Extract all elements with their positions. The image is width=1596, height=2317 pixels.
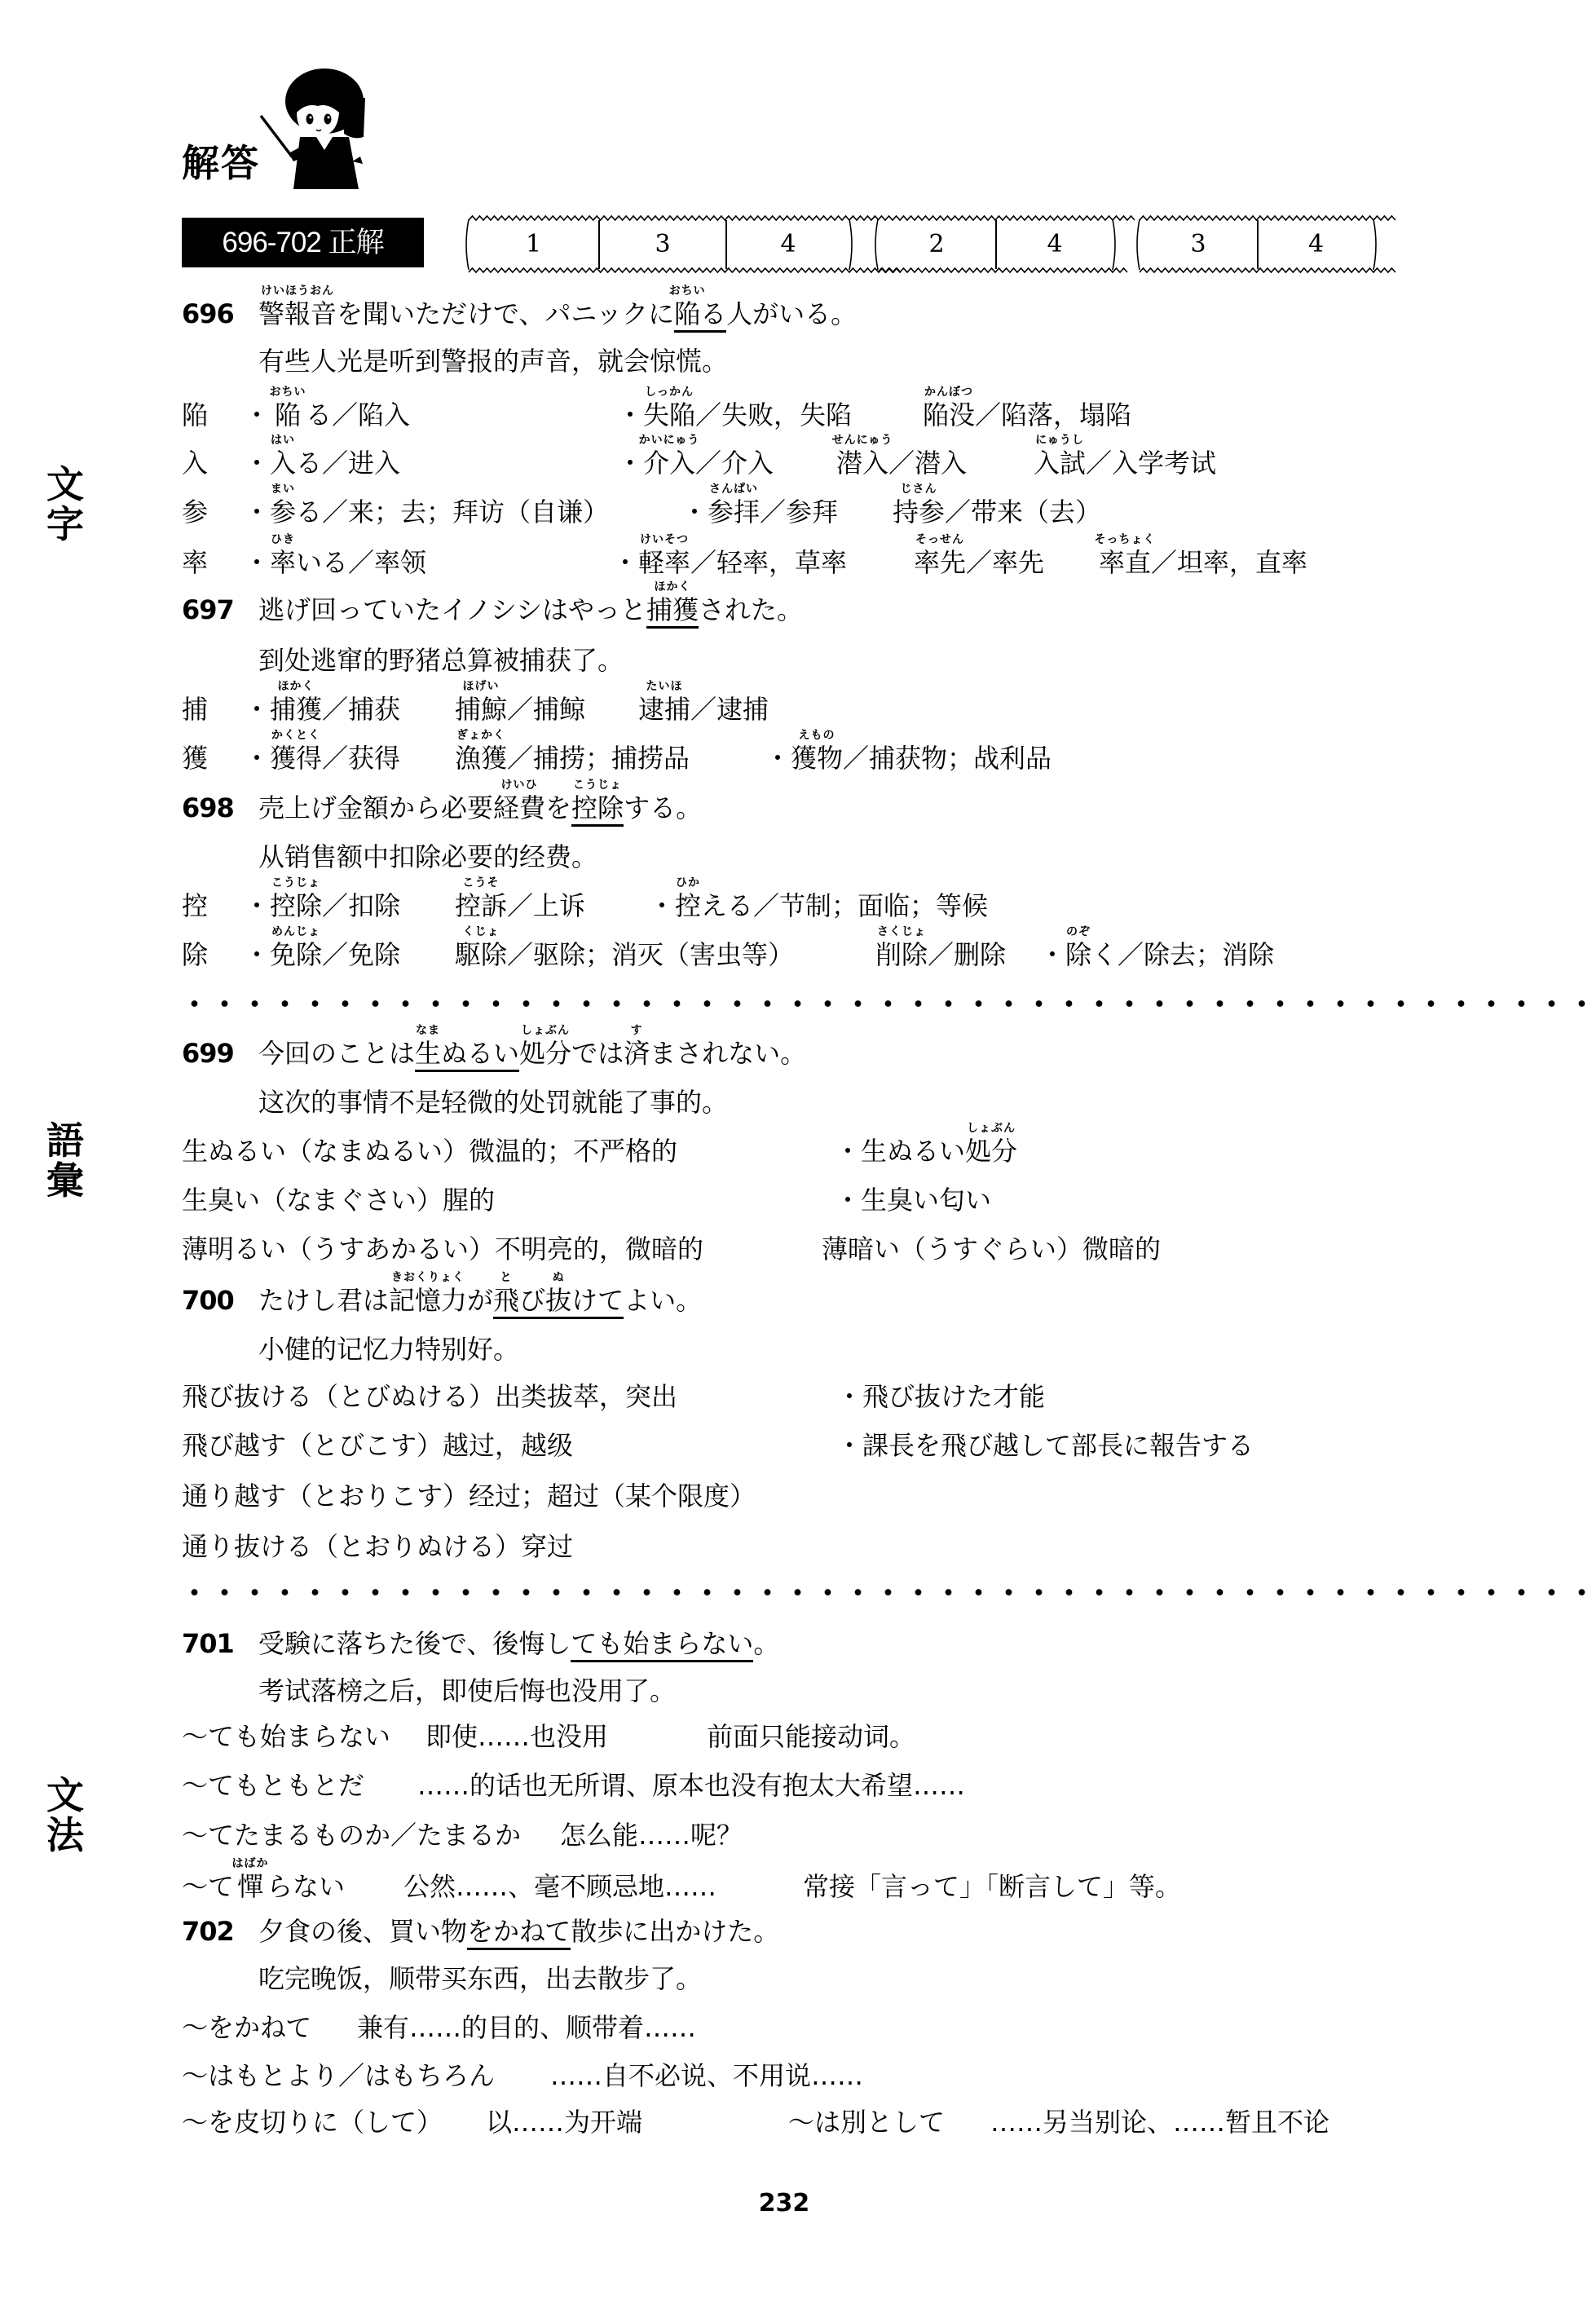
furigana: けいほうおん [261, 285, 334, 298]
sentence-text: けて [571, 1285, 624, 1316]
kanji-label: 捕 [182, 685, 208, 734]
example-sentence: たけし君はきおくりょく記憶力がと飛びぬ抜けてよい。 [258, 1276, 702, 1325]
ruby-base: 軽率 [638, 547, 690, 578]
ruby-base: 捕獲 [646, 594, 699, 625]
ruby-word: ほかく捕獲 [270, 685, 322, 734]
gloss: ／陷落，塌陷 [975, 399, 1131, 430]
ruby-base: 捕鯨 [455, 694, 507, 725]
furigana: じさん [901, 483, 937, 496]
furigana: けいひ [501, 779, 538, 792]
ruby-base: 参拝 [708, 496, 760, 527]
furigana: ひき [271, 533, 295, 546]
furigana: かくとく [271, 729, 320, 742]
kanji-row: 獲 ・かくとく獲得／获得 ぎょかく漁獲／捕捞；捕捞品 ・えもの獲物／捕获物；战利… [0, 734, 1596, 783]
vocab-item: かんぼつ陥没／陷落，塌陷 [923, 391, 1131, 439]
gloss: く／除去；消除 [1091, 939, 1274, 970]
furigana: のぞ [1066, 925, 1091, 938]
bullet: ・ [244, 547, 270, 578]
ruby-base: 率 [270, 547, 296, 578]
bullet: ・ [649, 890, 675, 921]
sentence-text: 夕食の後、買い物 [258, 1916, 467, 1947]
furigana: す [631, 1024, 643, 1037]
kanji-label: 入 [182, 439, 208, 488]
sentence-text: では [571, 1038, 624, 1069]
furigana: さくじょ [877, 925, 926, 938]
question-702-translation: 吃完晚饭，顺带买东西，出去散步了。 [0, 1954, 1596, 2003]
bullet: ・ [244, 448, 270, 479]
grammar-pattern: ～てはばか憚らない [182, 1862, 345, 1911]
gloss: える／节制；面临；等候 [701, 890, 988, 921]
answer-cell-698: 4 [725, 220, 849, 269]
gloss: ／轻率，草率 [690, 547, 847, 578]
vocab-definition: 薄暗い（うすぐらい）微暗的 [822, 1225, 1161, 1273]
furigana: そっせん [915, 533, 964, 546]
ruby-word: ひか控 [675, 881, 701, 930]
gloss: ／逮捕 [690, 694, 769, 725]
bullet: ・ [681, 496, 708, 527]
vocab-row: 通り抜ける（とおりぬける）穿过 [0, 1522, 1596, 1571]
vocab-item: ・こうじょ控除／扣除 [244, 881, 400, 930]
gloss: る／来；去；拜访（自谦） [296, 496, 609, 527]
ruby-word: さくじょ削除 [875, 930, 928, 979]
vocab-item: そっちょく率直／坦率，直率 [1099, 538, 1307, 587]
question-697-sentence: 697 逃げ回っていたイノシシはやっとほかく捕獲された。 [0, 585, 1596, 634]
grammar-row: ～をかねて 兼有……的目的、顺带着…… [0, 2003, 1596, 2052]
example-sentence: 受験に落ちた後で、後悔しても始まらない。 [258, 1619, 779, 1668]
vocab-definition: 通り抜ける（とおりぬける）穿过 [182, 1522, 573, 1571]
ruby-word: にゅうし入試 [1034, 439, 1086, 488]
sentence-text: を [545, 792, 571, 823]
sentence-text: たけし君は [258, 1285, 389, 1316]
furigana: まい [271, 483, 295, 496]
furigana: はばか [232, 1857, 269, 1870]
grammar-row: ～はもとより／はもちろん ……自不必说、不用说…… [0, 2051, 1596, 2100]
ruby-base: 陥 [674, 298, 700, 329]
vocab-definition: 飛び抜ける（とびぬける）出类拔萃，突出 [182, 1372, 677, 1421]
gloss: いる／率领 [296, 547, 426, 578]
gloss: ／驱除；消灭（害虫等） [507, 939, 794, 970]
grammar-row: ～てはばか憚らない 公然……、毫不顾忌地…… 常接「言って」「断言して」等。 [0, 1862, 1596, 1911]
kanji-label: 陥 [182, 391, 208, 439]
sentence-text: る [700, 298, 726, 329]
grammar-note: 前面只能接动词。 [707, 1712, 915, 1761]
furigana: けいそつ [640, 533, 689, 546]
grammar-meaning: 公然……、毫不顾忌地…… [403, 1862, 716, 1911]
vocab-item: さくじょ削除／删除 [875, 930, 1006, 979]
bullet: ・ [244, 496, 270, 527]
gloss: ／率先 [966, 547, 1044, 578]
vocab-item: じさん持参／带来（去） [893, 488, 1101, 536]
ruby-word: こうじょ控除 [270, 881, 322, 930]
answer-cell-699: 2 [878, 220, 995, 269]
vocab-item: ・はい入る／进入 [244, 439, 400, 488]
ruby-base: 警報音 [258, 298, 337, 329]
ruby-word: す済 [624, 1029, 650, 1078]
gloss: ／获得 [322, 743, 400, 774]
gloss: ／介入 [695, 448, 774, 479]
answer-cell-700: 4 [995, 220, 1113, 269]
ruby-base: 駆除 [455, 939, 507, 970]
bullet: ・ [244, 890, 270, 921]
wavy-border-left [873, 218, 880, 271]
gloss: ／扣除 [322, 890, 400, 921]
kanji-row: 控 ・こうじょ控除／扣除 こうそ控訴／上诉 ・ひか控える／节制；面临；等候 [0, 881, 1596, 930]
answer-cell-697: 3 [598, 220, 725, 269]
furigana: かんぼつ [924, 386, 973, 399]
ruby-base: 憚 [237, 1871, 263, 1902]
vocab-item: ・まい参る／来；去；拜访（自谦） [244, 488, 609, 536]
example-text: ・生ぬるい [835, 1136, 965, 1167]
question-702-sentence: 702 夕食の後、買い物をかねて散歩に出かけた。 [0, 1907, 1596, 1956]
gloss: ／捕鲸 [507, 694, 585, 725]
furigana: にゅうし [1035, 434, 1084, 447]
example-sentence: 逃げ回っていたイノシシはやっとほかく捕獲された。 [258, 585, 803, 634]
ruby-base: 漁獲 [455, 743, 507, 774]
sentence-text: 逃げ回っていたイノシシはやっと [258, 594, 646, 625]
bullet: ・ [617, 448, 643, 479]
vocab-item: こうそ控訴／上诉 [455, 881, 585, 930]
ruby-word: おちい陥 [275, 391, 301, 439]
furigana: ほかく [655, 580, 691, 594]
gloss: ／入学考试 [1086, 448, 1216, 479]
ruby-word: かんぼつ陥没 [923, 391, 975, 439]
ruby-base: 逮捕 [638, 694, 690, 725]
bullet: ・ [244, 939, 270, 970]
ruby-word: なま生 [415, 1029, 441, 1078]
ruby-base: 入 [270, 448, 296, 479]
vocab-item: ぎょかく漁獲／捕捞；捕捞品 [455, 734, 690, 783]
answer-group-2: 2 4 [878, 220, 1113, 269]
sentence-text: まされない。 [650, 1038, 806, 1069]
wavy-border-bottom [1140, 267, 1373, 274]
ruby-base: 済 [624, 1038, 650, 1069]
wavy-border-left [1135, 218, 1141, 271]
gloss: ／潜入 [888, 448, 967, 479]
question-697-translation: 到处逃窜的野猪总算被捕获了。 [0, 636, 1596, 685]
ruby-word: はい入 [270, 439, 296, 488]
wavy-border-left [464, 218, 470, 271]
gloss: ／删除 [928, 939, 1006, 970]
vocab-item: にゅうし入試／入学考试 [1034, 439, 1216, 488]
answer-underline: ても始まらない [571, 1628, 753, 1662]
ruby-base: 経費 [493, 792, 545, 823]
ruby-base: 控訴 [455, 890, 507, 921]
translation: 有些人光是听到警报的声音，就会惊慌。 [258, 337, 728, 386]
vocab-item: ・ひき率いる／率领 [244, 538, 426, 587]
grammar-row: ～てたまるものか／たまるか 怎么能……呢？ [0, 1811, 1596, 1860]
vocab-item: ・おちい陥る／陷入 [244, 391, 410, 439]
ruby-base: 獲得 [270, 743, 322, 774]
furigana: こうそ [463, 876, 500, 889]
sentence-text: 。 [753, 1628, 779, 1659]
vocab-item: くじょ駆除／驱除；消灭（害虫等） [455, 930, 794, 979]
gloss: ／失败，失陷 [695, 399, 852, 430]
ruby-base: 参 [270, 496, 296, 527]
ruby-word: しょぶん処分 [965, 1127, 1017, 1176]
grammar-pattern: ～はもとより／はもちろん [182, 2051, 495, 2100]
grammar-pattern: ～をかねて [182, 2003, 311, 2052]
example-sentence: 今回のことはなま生ぬるいしょぶん処分ではす済まされない。 [258, 1029, 806, 1078]
vocab-item: ほげい捕鯨／捕鲸 [455, 685, 585, 734]
furigana: かいにゅう [639, 434, 700, 447]
answer-cell-701: 3 [1140, 220, 1257, 269]
question-number: 701 [182, 1619, 234, 1668]
furigana: せんにゅう [832, 434, 893, 447]
furigana: と [500, 1271, 513, 1284]
kanji-row: 捕 ・ほかく捕獲／捕获 ほげい捕鯨／捕鲸 たいほ逮捕／逮捕 [0, 685, 1596, 734]
grammar-pattern: ～を皮切りに（して） [182, 2098, 443, 2147]
vocab-item: ・ほかく捕獲／捕获 [244, 685, 400, 734]
pattern-text: ～て [182, 1871, 234, 1902]
ruby-base: 潜入 [836, 448, 888, 479]
ruby-base: 陥没 [923, 399, 975, 430]
ruby-word: ほげい捕鯨 [455, 685, 507, 734]
vocab-item: ・のぞ除く／除去；消除 [1039, 930, 1274, 979]
ruby-word: と飛 [493, 1276, 519, 1325]
translation: 考试落榜之后，即使后悔也没用了。 [258, 1666, 676, 1715]
pattern-text: らない [267, 1871, 345, 1902]
question-698-translation: 从销售额中扣除必要的经费。 [0, 832, 1596, 881]
answer-group-3: 3 4 [1140, 220, 1373, 269]
answer-group-1: 1 3 4 [469, 220, 849, 269]
bullet: ・ [617, 399, 643, 430]
furigana: しょぶん [521, 1024, 570, 1037]
ruby-word: こうそ控訴 [455, 881, 507, 930]
vocab-item: ・えもの獲物／捕获物；战利品 [765, 734, 1052, 783]
sentence-text: ぬるい [441, 1038, 519, 1069]
gloss: ／捕获物；战利品 [843, 743, 1052, 774]
vocab-row: 生ぬるい（なまぬるい）微温的；不严格的 ・生ぬるいしょぶん処分 [0, 1127, 1596, 1176]
furigana: ほげい [463, 680, 500, 693]
ruby-word: こうじょ控除 [571, 783, 624, 832]
furigana: おちい [669, 285, 706, 298]
ruby-word: まい参 [270, 488, 296, 536]
ruby-word: しっかん失陥 [643, 391, 695, 439]
sentence-text: 受験に落ちた後で、後悔し [258, 1628, 571, 1659]
vocab-item: ・ひか控える／节制；面临；等候 [649, 881, 988, 930]
question-number: 700 [182, 1276, 234, 1325]
furigana: えもの [799, 729, 835, 742]
ruby-base: 除 [1065, 939, 1091, 970]
grammar-row: ～てもともとだ ……的话也无所谓、原本也没有抱太大希望…… [0, 1761, 1596, 1810]
kanji-row: 入 ・はい入る／进入 ・かいにゅう介入／介入 せんにゅう潜入／潜入 にゅうし入試… [0, 439, 1596, 488]
vocab-definition: 薄明るい（うすあかるい）不明亮的，微暗的 [182, 1225, 703, 1273]
kanji-row: 参 ・まい参る／来；去；拜访（自谦） ・さんぱい参拝／参拜 じさん持参／带来（去… [0, 488, 1596, 536]
ruby-word: えもの獲物 [791, 734, 843, 783]
page-title: 解答 [182, 142, 260, 184]
answer-underline: をかねて [467, 1916, 571, 1950]
sentence-text: び [519, 1285, 545, 1316]
ruby-word: たいほ逮捕 [638, 685, 690, 734]
section-divider-dots [179, 1000, 1596, 1008]
page-number: 232 [743, 2187, 825, 2220]
answer-underline: と飛びぬ抜けて [493, 1285, 624, 1319]
vocab-item: ・かいにゅう介入／介入 [617, 439, 774, 488]
ruby-base: 陥 [275, 399, 301, 430]
furigana: ぬ [553, 1271, 565, 1284]
bullet: ・ [1039, 939, 1065, 970]
ruby-base: 控 [675, 890, 701, 921]
ruby-base: 削除 [875, 939, 928, 970]
ruby-word: じさん持参 [893, 488, 945, 536]
example-sentence: けいほうおん警報音を聞いただけで、パニックにおちい陥る人がいる。 [258, 289, 857, 338]
question-701-translation: 考试落榜之后，即使后悔也没用了。 [0, 1666, 1596, 1715]
wavy-border-top [878, 215, 1113, 222]
ruby-base: 控除 [270, 890, 322, 921]
furigana: ひか [676, 876, 700, 889]
ruby-word: くじょ駆除 [455, 930, 507, 979]
ruby-word: かいにゅう介入 [643, 439, 695, 488]
ruby-word: せんにゅう潜入 [836, 439, 888, 488]
answer-underline: なま生ぬるい [415, 1038, 519, 1072]
sentence-text: 売上げ金額から必要 [258, 792, 493, 823]
vocab-item: ・さんぱい参拝／参拜 [681, 488, 838, 536]
kanji-row: 除 ・めんじょ免除／免除 くじょ駆除／驱除；消灭（害虫等） さくじょ削除／删除 … [0, 930, 1596, 979]
translation: 这次的事情不是轻微的处罚就能了事的。 [258, 1078, 728, 1127]
grammar-meaning: ……自不必说、不用说…… [550, 2051, 863, 2100]
grammar-meaning: 怎么能……呢？ [560, 1811, 743, 1860]
vocab-definition: 通り越す（とおりこす）经过；超过（某个限度） [182, 1472, 756, 1520]
wavy-border-right [1372, 218, 1378, 271]
wavy-border-top [469, 215, 849, 222]
ruby-word: おちい陥 [674, 289, 700, 338]
furigana: こうじょ [271, 876, 320, 889]
question-701-sentence: 701 受験に落ちた後で、後悔しても始まらない。 [0, 1619, 1596, 1668]
grammar-meaning: ……另当别论、……暂且不论 [990, 2098, 1329, 2147]
grammar-meaning: 兼有……的目的、顺带着…… [357, 2003, 696, 2052]
furigana: こうじょ [573, 779, 622, 792]
vocab-item: ・けいそつ軽率／轻率，草率 [612, 538, 847, 587]
kanji-label: 除 [182, 930, 208, 979]
ruby-base: 失陥 [643, 399, 695, 430]
vocab-row: 生臭い（なまぐさい）腥的 ・生臭い匂い [0, 1176, 1596, 1225]
grammar-pattern: ～てたまるものか／たまるか [182, 1811, 521, 1860]
furigana: しょぶん [967, 1122, 1016, 1135]
gloss: ／带来（去） [945, 496, 1101, 527]
kanji-label: 率 [182, 538, 208, 587]
grammar-meaning: 即使……也没用 [425, 1712, 608, 1761]
kanji-label: 参 [182, 488, 208, 536]
vocab-definition: 生臭い（なまぐさい）腥的 [182, 1176, 495, 1225]
answer-range-label: 696-702 正解 [182, 218, 424, 267]
gloss: ／免除 [322, 939, 400, 970]
section-divider-dots [179, 1588, 1596, 1596]
furigana: そっちょく [1095, 533, 1156, 546]
ruby-base: 介入 [643, 448, 695, 479]
ruby-base: 獲物 [791, 743, 843, 774]
furigana: なま [416, 1024, 440, 1037]
bullet: ・ [244, 694, 270, 725]
wavy-border-right [848, 218, 854, 271]
sentence-text: された。 [699, 594, 803, 625]
gloss: る／进入 [296, 448, 400, 479]
vocab-row: 薄明るい（うすあかるい）不明亮的，微暗的 薄暗い（うすぐらい）微暗的 [0, 1225, 1596, 1273]
example-sentence: 売上げ金額から必要けいひ経費をこうじょ控除する。 [258, 783, 702, 832]
gloss: ／参拜 [760, 496, 838, 527]
ruby-word: かくとく獲得 [270, 734, 322, 783]
sentence-text: が [467, 1285, 493, 1316]
grammar-note: 常接「言って」「断言して」等。 [803, 1862, 1181, 1911]
vocab-row: 通り越す（とおりこす）经过；超过（某个限度） [0, 1472, 1596, 1520]
sentence-text: 散歩に出かけた。 [571, 1916, 779, 1947]
ruby-base: 処分 [965, 1136, 1017, 1167]
kanji-label: 控 [182, 881, 208, 930]
gloss: ／捕获 [322, 694, 400, 725]
furigana: しっかん [645, 386, 694, 399]
question-698-sentence: 698 売上げ金額から必要けいひ経費をこうじょ控除する。 [0, 783, 1596, 832]
answer-cell-702: 4 [1257, 220, 1373, 269]
question-699-translation: 这次的事情不是轻微的处罚就能了事的。 [0, 1078, 1596, 1127]
wavy-border-top [1140, 215, 1373, 222]
kanji-label: 獲 [182, 734, 208, 783]
ruby-base: 飛 [493, 1285, 519, 1316]
translation: 小健的记忆力特别好。 [258, 1325, 519, 1374]
ruby-base: 記憶力 [389, 1285, 467, 1316]
ruby-base: 控除 [571, 792, 624, 823]
bullet: ・ [765, 743, 791, 774]
kanji-row: 陥 ・おちい陥る／陷入 ・しっかん失陥／失败，失陷 かんぼつ陥没／陷落，塌陷 [0, 391, 1596, 439]
ruby-word: さんぱい参拝 [708, 488, 760, 536]
sentence-text: する。 [624, 792, 702, 823]
ruby-word: ひき率 [270, 538, 296, 587]
ruby-word: きおくりょく記憶力 [389, 1276, 467, 1325]
furigana: たいほ [646, 680, 683, 693]
ruby-word: ぎょかく漁獲 [455, 734, 507, 783]
vocab-item: せんにゅう潜入／潜入 [836, 439, 967, 488]
vocab-item: ・かくとく獲得／获得 [244, 734, 400, 783]
answer-underline: おちい陥る [674, 298, 726, 333]
grammar-row: ～を皮切りに（して） 以……为开端 ～は別として ……另当别论、……暂且不论 [0, 2098, 1596, 2147]
translation: 到处逃窜的野猪总算被捕获了。 [258, 636, 624, 685]
sentence-text: よい。 [624, 1285, 702, 1316]
sentence-text: 今回のことは [258, 1038, 415, 1069]
ruby-word: めんじょ免除 [270, 930, 322, 979]
vocab-item: たいほ逮捕／逮捕 [638, 685, 769, 734]
gloss: ／上诉 [507, 890, 585, 921]
vocab-example: ・生ぬるいしょぶん処分 [835, 1127, 1017, 1176]
ruby-word: はばか憚 [237, 1862, 263, 1911]
ruby-word: けいほうおん警報音 [258, 289, 337, 338]
ruby-word: のぞ除 [1065, 930, 1091, 979]
ruby-word: ほかく捕獲 [646, 585, 699, 634]
ruby-base: 処分 [519, 1038, 571, 1069]
grammar-row: ～ても始まらない 即使……也没用 前面只能接动词。 [0, 1712, 1596, 1761]
gloss: ／坦率，直率 [1151, 547, 1307, 578]
ruby-base: 入試 [1034, 448, 1086, 479]
ruby-base: 率先 [914, 547, 966, 578]
sentence-text: を聞いただけで、パニックに [337, 298, 674, 329]
question-699-sentence: 699 今回のことはなま生ぬるいしょぶん処分ではす済まされない。 [0, 1029, 1596, 1078]
kanji-row: 率 ・ひき率いる／率领 ・けいそつ軽率／轻率，草率 そっせん率先／率先 そっちょ… [0, 538, 1596, 587]
wavy-border-bottom [878, 267, 1113, 274]
ruby-base: 持参 [893, 496, 945, 527]
question-number: 702 [182, 1907, 234, 1956]
ruby-word: そっちょく率直 [1099, 538, 1151, 587]
vocab-example: ・課長を飛び越して部長に報告する [836, 1421, 1254, 1470]
ruby-word: しょぶん処分 [519, 1029, 571, 1078]
question-number: 696 [182, 289, 234, 338]
bullet: ・ [244, 399, 270, 430]
ruby-word: けいひ経費 [493, 783, 545, 832]
furigana: めんじょ [271, 925, 320, 938]
answer-underline: こうじょ控除 [571, 792, 624, 827]
question-number: 697 [182, 585, 234, 634]
furigana: ほかく [278, 680, 315, 693]
gloss: る／陷入 [306, 399, 410, 430]
sentence-text: 人がいる。 [726, 298, 857, 329]
translation: 吃完晚饭，顺带买东西，出去散步了。 [258, 1954, 702, 2003]
wavy-border-bottom [469, 267, 849, 274]
